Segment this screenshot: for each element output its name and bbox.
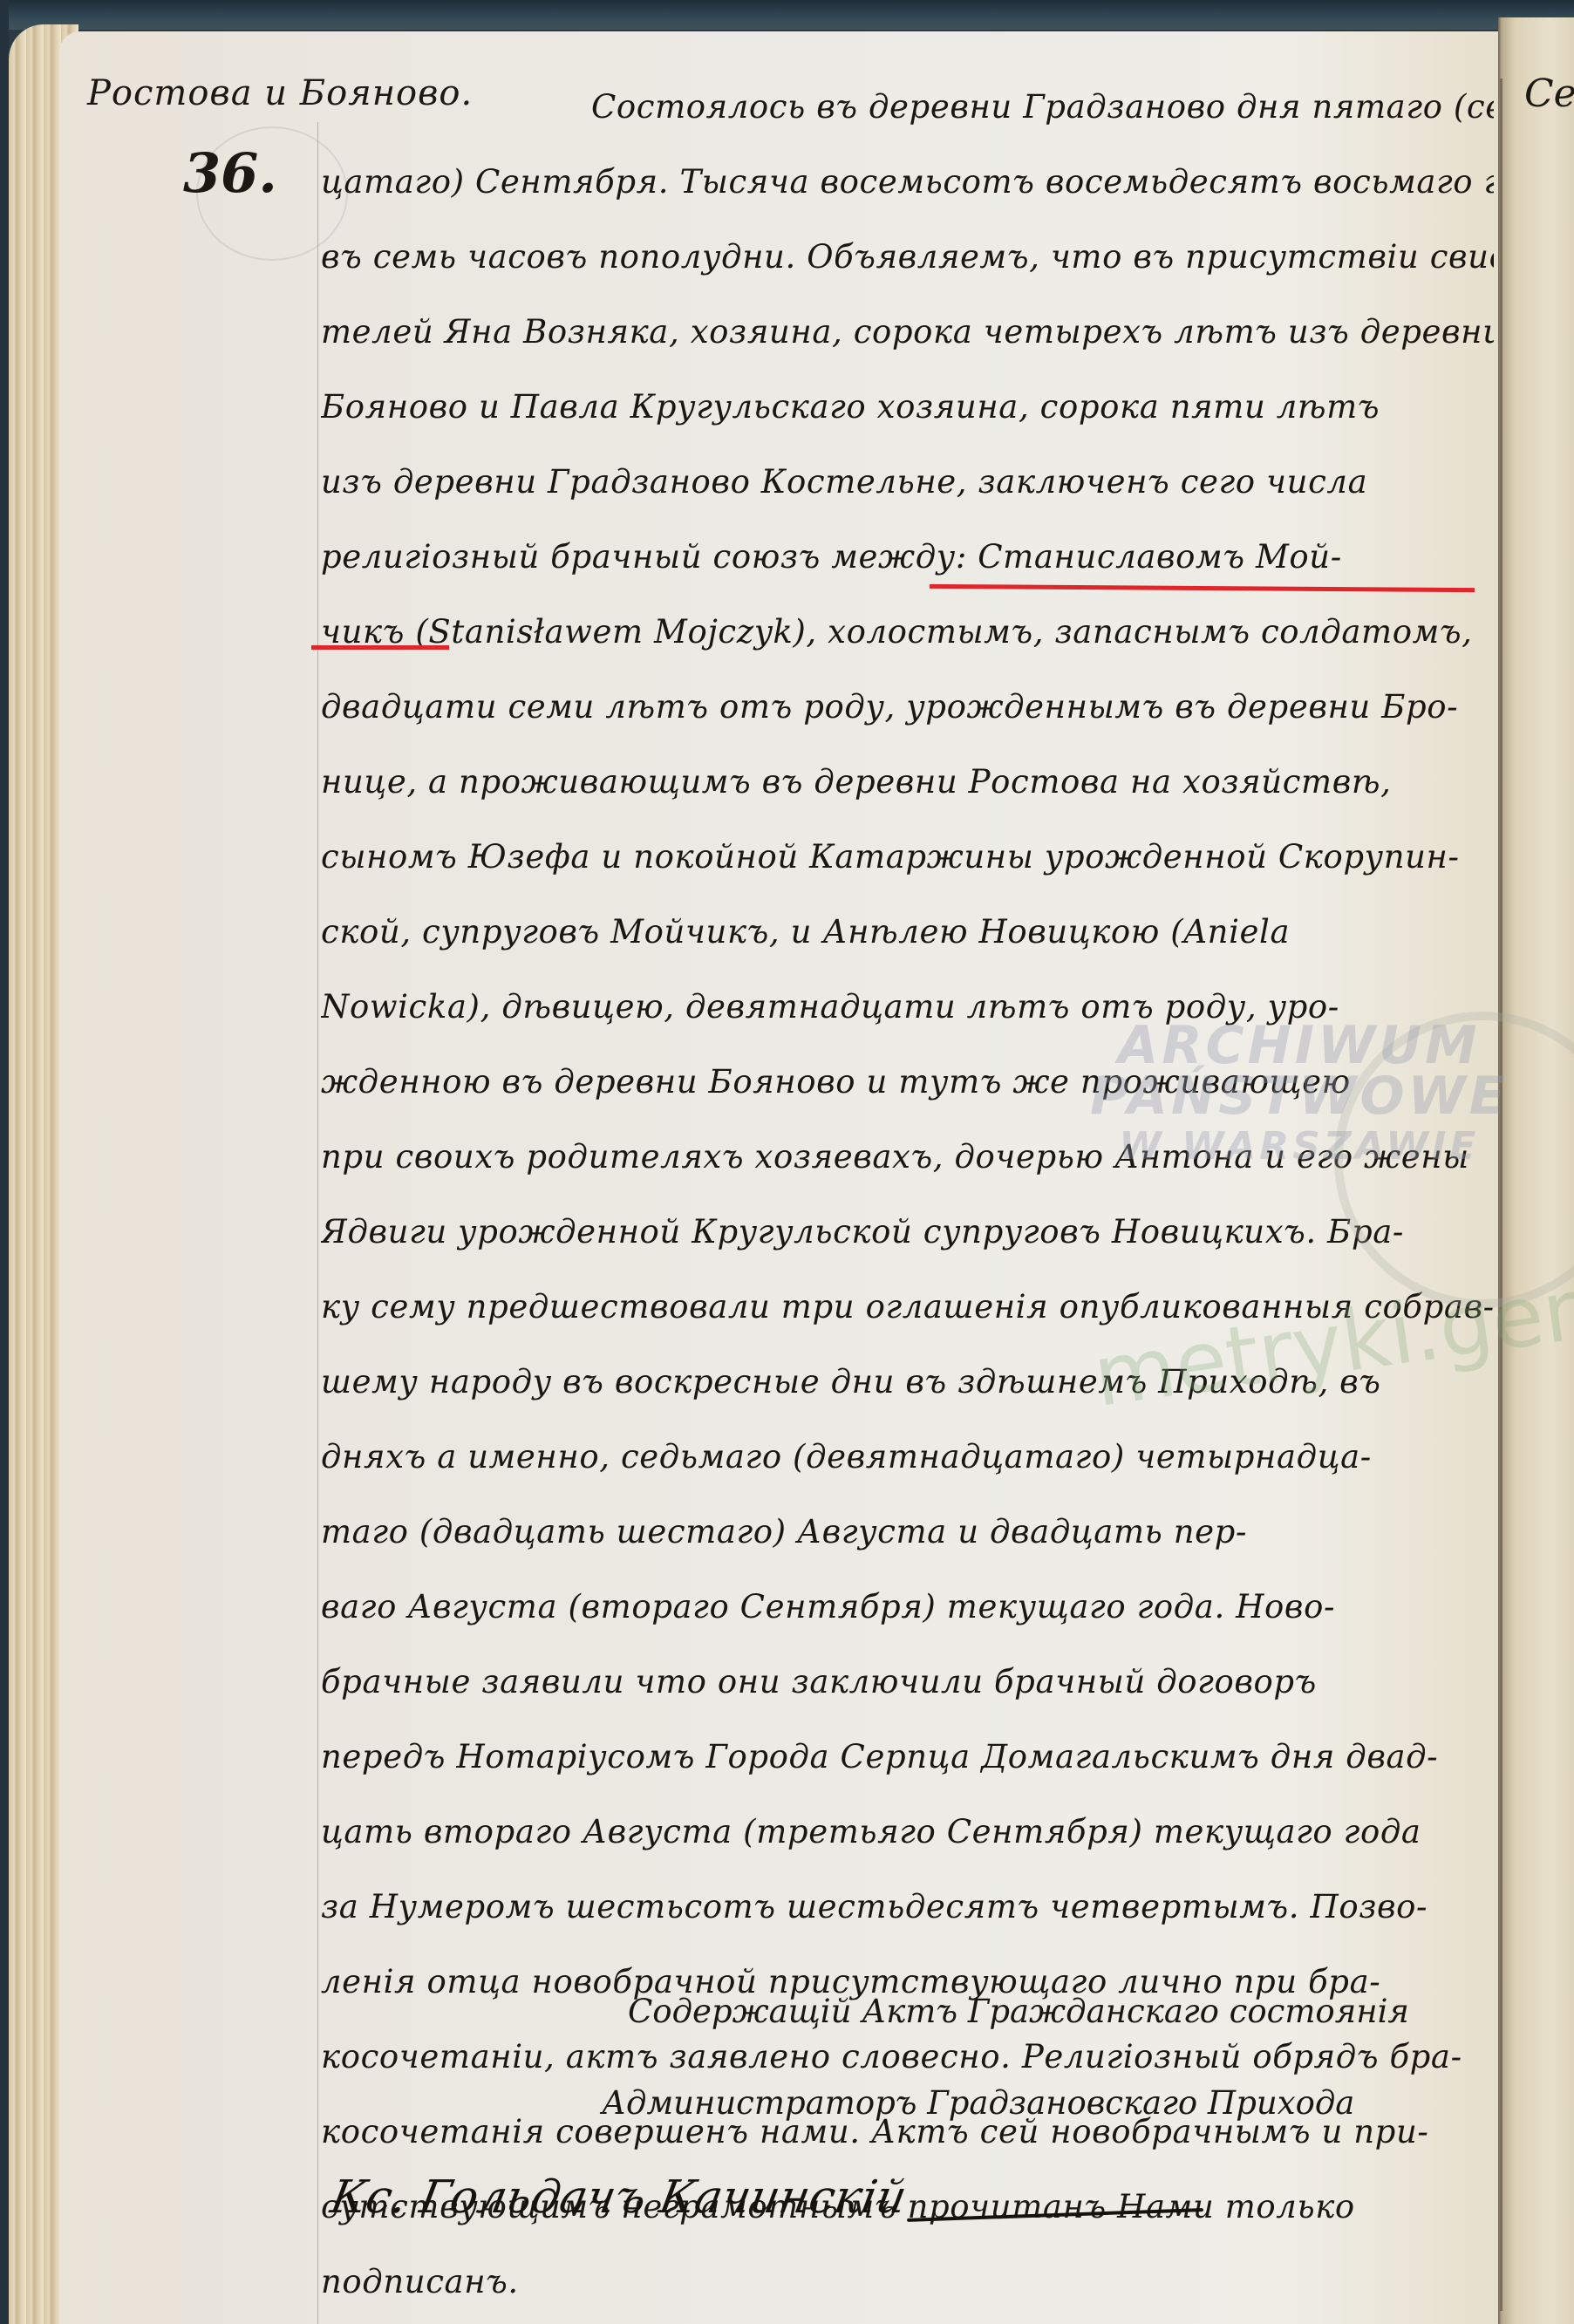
signature: Кс. Гольдачъ Качинскій xyxy=(327,2171,910,2224)
record-number: 36. xyxy=(183,141,277,205)
text-line: изъ деревни Градзаново Костельне, заключ… xyxy=(321,445,1494,520)
text-line: передъ Нотаріусомъ Города Серпца Домагал… xyxy=(321,1720,1494,1795)
record-body: Состоялось въ деревни Градзаново дня пят… xyxy=(321,70,1494,2320)
text-line: брачные заявили что они заключили брачны… xyxy=(321,1645,1494,1720)
red-underline-annotation xyxy=(311,645,449,650)
text-line: ской, супруговъ Мойчикъ, и Анѣлею Новицк… xyxy=(321,895,1494,970)
text-line-underlined: нице, а проживающимъ въ деревни Ростова … xyxy=(321,745,1494,820)
text-line: въ семь часовъ пополудни. Объявляемъ, чт… xyxy=(321,220,1494,295)
margin-rule-line xyxy=(317,122,318,2324)
text-line: дняхъ а именно, седьмаго (девятнадцатаго… xyxy=(321,1420,1494,1495)
closing-title: Содержащій Актъ Гражданскаго состоянія xyxy=(628,1993,1409,2030)
text-line: таго (двадцать шестаго) Августа и двадца… xyxy=(321,1495,1494,1570)
text-line: сыномъ Юзефа и покойной Катаржины урожде… xyxy=(321,820,1494,895)
text-line: цать втораго Августа (третьяго Сентября)… xyxy=(321,1795,1494,1870)
watermark-line: W WARSZAWIE xyxy=(1090,1121,1509,1172)
text-line: чикъ (Stanisławem Mojczyk), холостымъ, з… xyxy=(321,595,1494,670)
watermark-line: ARCHIWUM xyxy=(1090,1020,1509,1071)
text-line: цатаго) Сентября. Тысяча восемьсотъ восе… xyxy=(321,145,1494,220)
archive-watermark: ARCHIWUM PAŃSTWOWE W WARSZAWIE xyxy=(1090,1020,1509,1172)
text-line: за Нумеромъ шестьсотъ шестьдесятъ четвер… xyxy=(321,1870,1494,1945)
text-line: ваго Августа (втораго Сентября) текущаго… xyxy=(321,1570,1494,1645)
text-line: Бояново и Павла Кругульскаго хозяина, со… xyxy=(321,370,1494,445)
text-line-underlined: двадцати семи лѣтъ отъ роду, урожденнымъ… xyxy=(321,670,1494,745)
closing-office: Администраторъ Градзановскаго Прихода xyxy=(602,2084,1354,2122)
text-line: Состоялось въ деревни Градзаново дня пят… xyxy=(591,70,1494,145)
book-binding-top xyxy=(0,0,1574,30)
book-binding-left xyxy=(0,0,9,2324)
text-line: Ядвиги урожденной Кругульской супруговъ … xyxy=(321,1195,1494,1270)
text-line: подписанъ. xyxy=(321,2245,1494,2320)
text-line: телей Яна Возняка, хозяина, сорока четыр… xyxy=(321,295,1494,370)
text-line: религіозный брачный союзъ между: Станисл… xyxy=(321,520,1494,595)
facing-page-fragment: Сем xyxy=(1524,72,1574,116)
watermark-line: PAŃSTWOWE xyxy=(1090,1071,1509,1121)
